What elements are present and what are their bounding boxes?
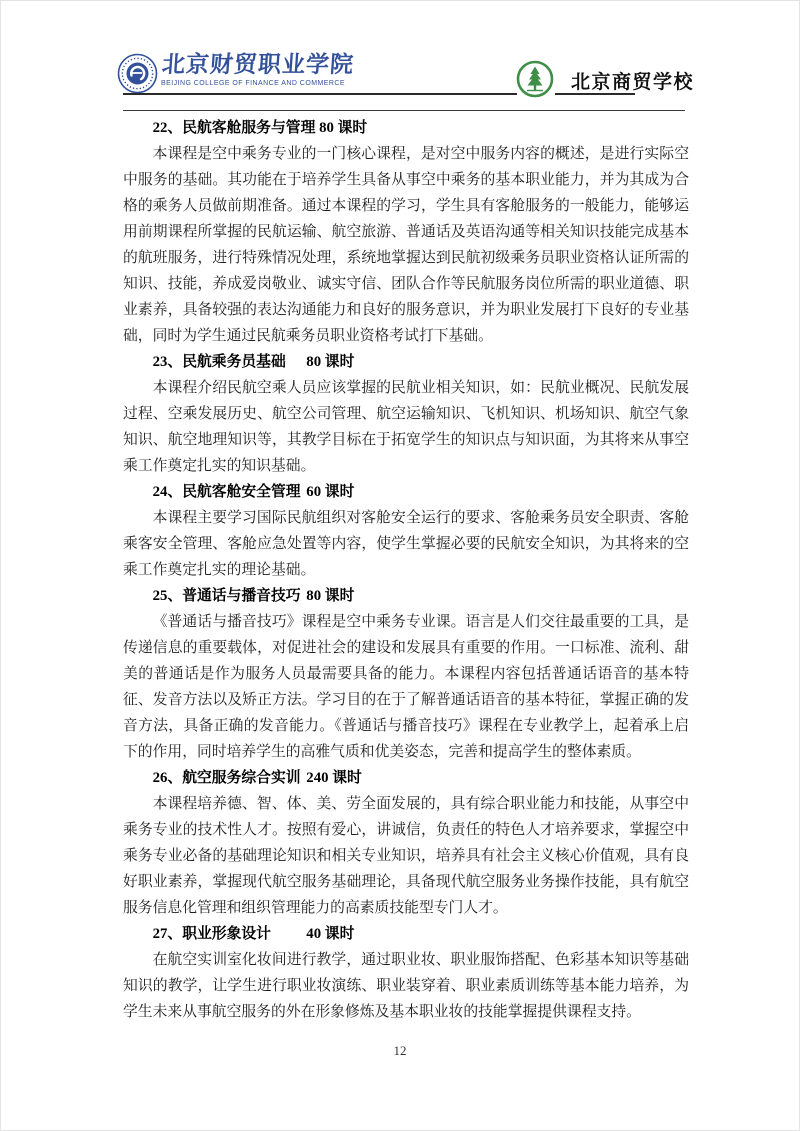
course-label: 23、民航乘务员基础 [153,349,303,375]
college-name-block: 北京财贸职业学院 BEIJING COLLEGE OF FINANCE AND … [161,51,353,87]
course-hours: 60 课时 [306,479,354,505]
course-description: 在航空实训室化妆间进行教学，通过职业妆、职业服饰搭配、色彩基本知识等基础知识的教… [123,947,689,1025]
course-section-25: 25、普通话与播音技巧 80 课时 《普通话与播音技巧》课程是空中乘务专业课。语… [123,583,689,765]
school-name: 北京商贸学校 [571,67,694,94]
document-body: 22、民航客舱服务与管理 80 课时 本课程是空中乘务专业的一门核心课程，是对空… [123,115,689,1025]
course-section-22: 22、民航客舱服务与管理 80 课时 本课程是空中乘务专业的一门核心课程，是对空… [123,115,689,349]
course-hours: 80 课时 [319,115,367,141]
course-hours: 80 课时 [306,583,354,609]
course-label: 25、普通话与播音技巧 [153,583,303,609]
course-label: 26、航空服务综合实训 [153,765,303,791]
college-name-zh: 北京财贸职业学院 [161,51,355,79]
school-tree-icon [516,60,554,98]
course-description: 本课程培养德、智、体、美、劳全面发展的，具有综合职业能力和技能，从事空中乘务专业… [123,791,689,921]
course-heading: 23、民航乘务员基础 80 课时 [123,349,689,375]
page-header: 北京财贸职业学院 BEIJING COLLEGE OF FINANCE AND … [1,1,799,113]
course-hours: 80 课时 [306,349,354,375]
document-page: 北京财贸职业学院 BEIJING COLLEGE OF FINANCE AND … [0,0,800,1131]
course-section-26: 26、航空服务综合实训 240 课时 本课程培养德、智、体、美、劳全面发展的，具… [123,765,689,921]
page-number: 12 [1,1043,799,1059]
course-description: 《普通话与播音技巧》课程是空中乘务专业课。语言是人们交往最重要的工具，是传递信息… [123,609,689,765]
course-section-27: 27、职业形象设计 40 课时 在航空实训室化妆间进行教学，通过职业妆、职业服饰… [123,921,689,1025]
course-label: 27、职业形象设计 [153,921,303,947]
course-description: 本课程是空中乘务专业的一门核心课程，是对空中服务内容的概述，是进行实际空中服务的… [123,141,689,349]
college-seal-icon [117,53,158,94]
course-description: 本课程主要学习国际民航组织对客舱安全运行的要求、客舱乘务员安全职责、客舱乘客安全… [123,505,689,583]
course-description: 本课程介绍民航空乘人员应该掌握的民航业相关知识，如：民航业概况、民航发展过程、空… [123,375,689,479]
course-heading: 22、民航客舱服务与管理 80 课时 [123,115,689,141]
course-section-23: 23、民航乘务员基础 80 课时 本课程介绍民航空乘人员应该掌握的民航业相关知识… [123,349,689,479]
course-hours: 40 课时 [306,921,354,947]
course-hours: 240 课时 [306,765,362,791]
college-name-en: BEIJING COLLEGE OF FINANCE AND COMMERCE [161,80,353,87]
course-heading: 24、民航客舱安全管理 60 课时 [123,479,689,505]
header-divider [123,110,685,111]
course-heading: 26、航空服务综合实训 240 课时 [123,765,689,791]
course-section-24: 24、民航客舱安全管理 60 课时 本课程主要学习国际民航组织对客舱安全运行的要… [123,479,689,583]
header-rule-left [123,93,517,95]
course-label: 22、民航客舱服务与管理 [153,115,316,141]
course-heading: 27、职业形象设计 40 课时 [123,921,689,947]
course-heading: 25、普通话与播音技巧 80 课时 [123,583,689,609]
course-label: 24、民航客舱安全管理 [153,479,303,505]
